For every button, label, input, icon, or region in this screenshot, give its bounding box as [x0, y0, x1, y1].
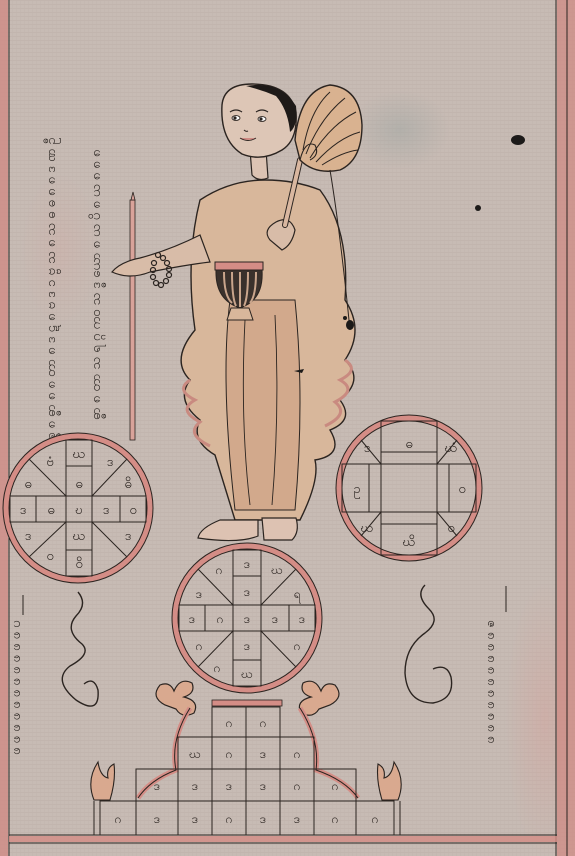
svg-text:ဒ: ဒ — [103, 503, 110, 518]
svg-text:ဃံ: ဃံ — [445, 441, 458, 456]
svg-text:ဂ: ဂ — [216, 563, 223, 577]
svg-text:ဒ: ဒ — [294, 812, 300, 826]
svg-text:ဒ: ဒ — [154, 779, 160, 793]
yantra-cloth-painting: ဨ္ဂ ၈ ဓ္ဓာ ၈ ၈ တာ ၈ ဒ ဋ ၈ ဗ ဒ ၁ ဗ္ဗ သ ၈ … — [0, 0, 575, 856]
svg-text:ဒ: ဒ — [226, 779, 232, 793]
svg-text:ဂ: ဂ — [294, 779, 301, 793]
svg-text:ဂ: ဂ — [294, 639, 301, 653]
yantra-left: ဗံ ဃ ဒ ဓ ဓ ဓိ ဒ ဓ ဎ ဒ ဝ ဒ ဃ ဒ ဝိ ဝ — [3, 433, 153, 583]
svg-text:ဓ: ဓ — [24, 477, 31, 492]
svg-text:ဒ: ဒ — [125, 529, 132, 544]
svg-text:ဓ: ဓ — [47, 503, 54, 518]
svg-text:ဃိ: ဃိ — [403, 534, 416, 550]
svg-text:ဒ: ဒ — [272, 612, 278, 626]
svg-text:ဝ: ဝ — [447, 521, 454, 536]
svg-text:ဝ: ဝ — [129, 503, 136, 518]
yantra-center: ဒ ဂ ဃ ဒ ဒ ရ ဒ ဂ ဒ ဒ ဒ ဂ ဒ ဂ ဂ ဃ — [172, 543, 322, 693]
svg-text:ဒ: ဒ — [260, 779, 266, 793]
bottom-right-inscription: ဇ ၈ ၈ ၈ ၈ ၈ ၈ ၈ ၈ ၈ ၈ — [484, 620, 499, 743]
svg-text:ဂ: ဂ — [372, 812, 379, 826]
svg-text:ဒ: ဒ — [299, 612, 305, 626]
svg-text:ဒ: ဒ — [244, 612, 250, 626]
svg-text:ဒ: ဒ — [244, 557, 250, 571]
svg-text:ဂ: ဂ — [115, 812, 122, 826]
svg-text:ဗံ: ဗံ — [46, 455, 53, 470]
svg-text:ဂ: ဂ — [217, 612, 224, 626]
svg-text:ဒ: ဒ — [244, 639, 250, 653]
svg-text:ဎ: ဎ — [75, 503, 82, 518]
svg-text:ဒ: ဒ — [107, 455, 114, 470]
svg-text:ဓိ: ဓိ — [124, 476, 131, 492]
outer-arch-inscription: ဨ္ဂ ၈ ဓ္ဓာ ၈ ၈ တာ ၈ ဒ ဋ ၈ ဗ ဒ ၁ ဗ္ဗ သ ၈ … — [43, 137, 61, 440]
svg-text:ဂ: ဂ — [214, 661, 221, 675]
svg-text:ဒ: ဒ — [364, 441, 371, 456]
svg-text:ဝိ: ဝိ — [75, 556, 82, 572]
svg-text:ဂ: ဂ — [226, 812, 233, 826]
staff — [130, 192, 135, 440]
svg-text:ဂ: ဂ — [226, 747, 233, 761]
svg-text:ဒ: ဒ — [20, 503, 27, 518]
svg-text:ဒ: ဒ — [260, 812, 266, 826]
svg-text:ဂ: ဂ — [226, 716, 233, 730]
svg-text:ဒ: ဒ — [25, 529, 32, 544]
svg-text:ဃ: ဃ — [73, 529, 86, 544]
svg-text:ဝ: ဝ — [46, 549, 53, 564]
svg-text:ဃ: ဃ — [361, 521, 374, 536]
bottom-left-inscription: ဂ ၈ ၈ ၈ ၈ ၈ ၈ ၈ ၈ ၈ ၈ ၈ — [10, 620, 25, 755]
svg-text:ဓ: ဓ — [75, 477, 82, 492]
svg-text:ဂ: ဂ — [260, 716, 267, 730]
svg-text:ဒ: ဒ — [244, 585, 250, 599]
svg-text:ဓ: ဓ — [405, 437, 412, 452]
svg-text:ဒ: ဒ — [154, 812, 160, 826]
svg-text:ဒ: ဒ — [260, 747, 266, 761]
svg-text:ဥ: ဥ — [353, 482, 360, 499]
inner-arch-inscription: ဓ္ဓာ ၈ တာ သ ရ ဂ္ဂ ကဝ သ ဒ္ဓ ယော ၈ ယ ပိ ၈ … — [88, 150, 106, 420]
svg-text:ဒ: ဒ — [189, 612, 195, 626]
svg-text:ဃ: ဃ — [271, 563, 283, 577]
svg-text:ဂ: ဂ — [332, 779, 339, 793]
svg-text:ဃ: ဃ — [189, 747, 201, 761]
svg-text:ဃ: ဃ — [241, 667, 253, 681]
svg-text:ဒ: ဒ — [192, 779, 198, 793]
svg-text:ဂ: ဂ — [294, 747, 301, 761]
svg-text:ဂ: ဂ — [332, 812, 339, 826]
svg-text:ဃ: ဃ — [73, 447, 86, 462]
svg-text:ဒ: ဒ — [192, 812, 198, 826]
svg-text:ဒ: ဒ — [196, 587, 202, 601]
svg-text:ဂ: ဂ — [196, 639, 203, 653]
svg-text:ဝ: ဝ — [458, 482, 465, 497]
